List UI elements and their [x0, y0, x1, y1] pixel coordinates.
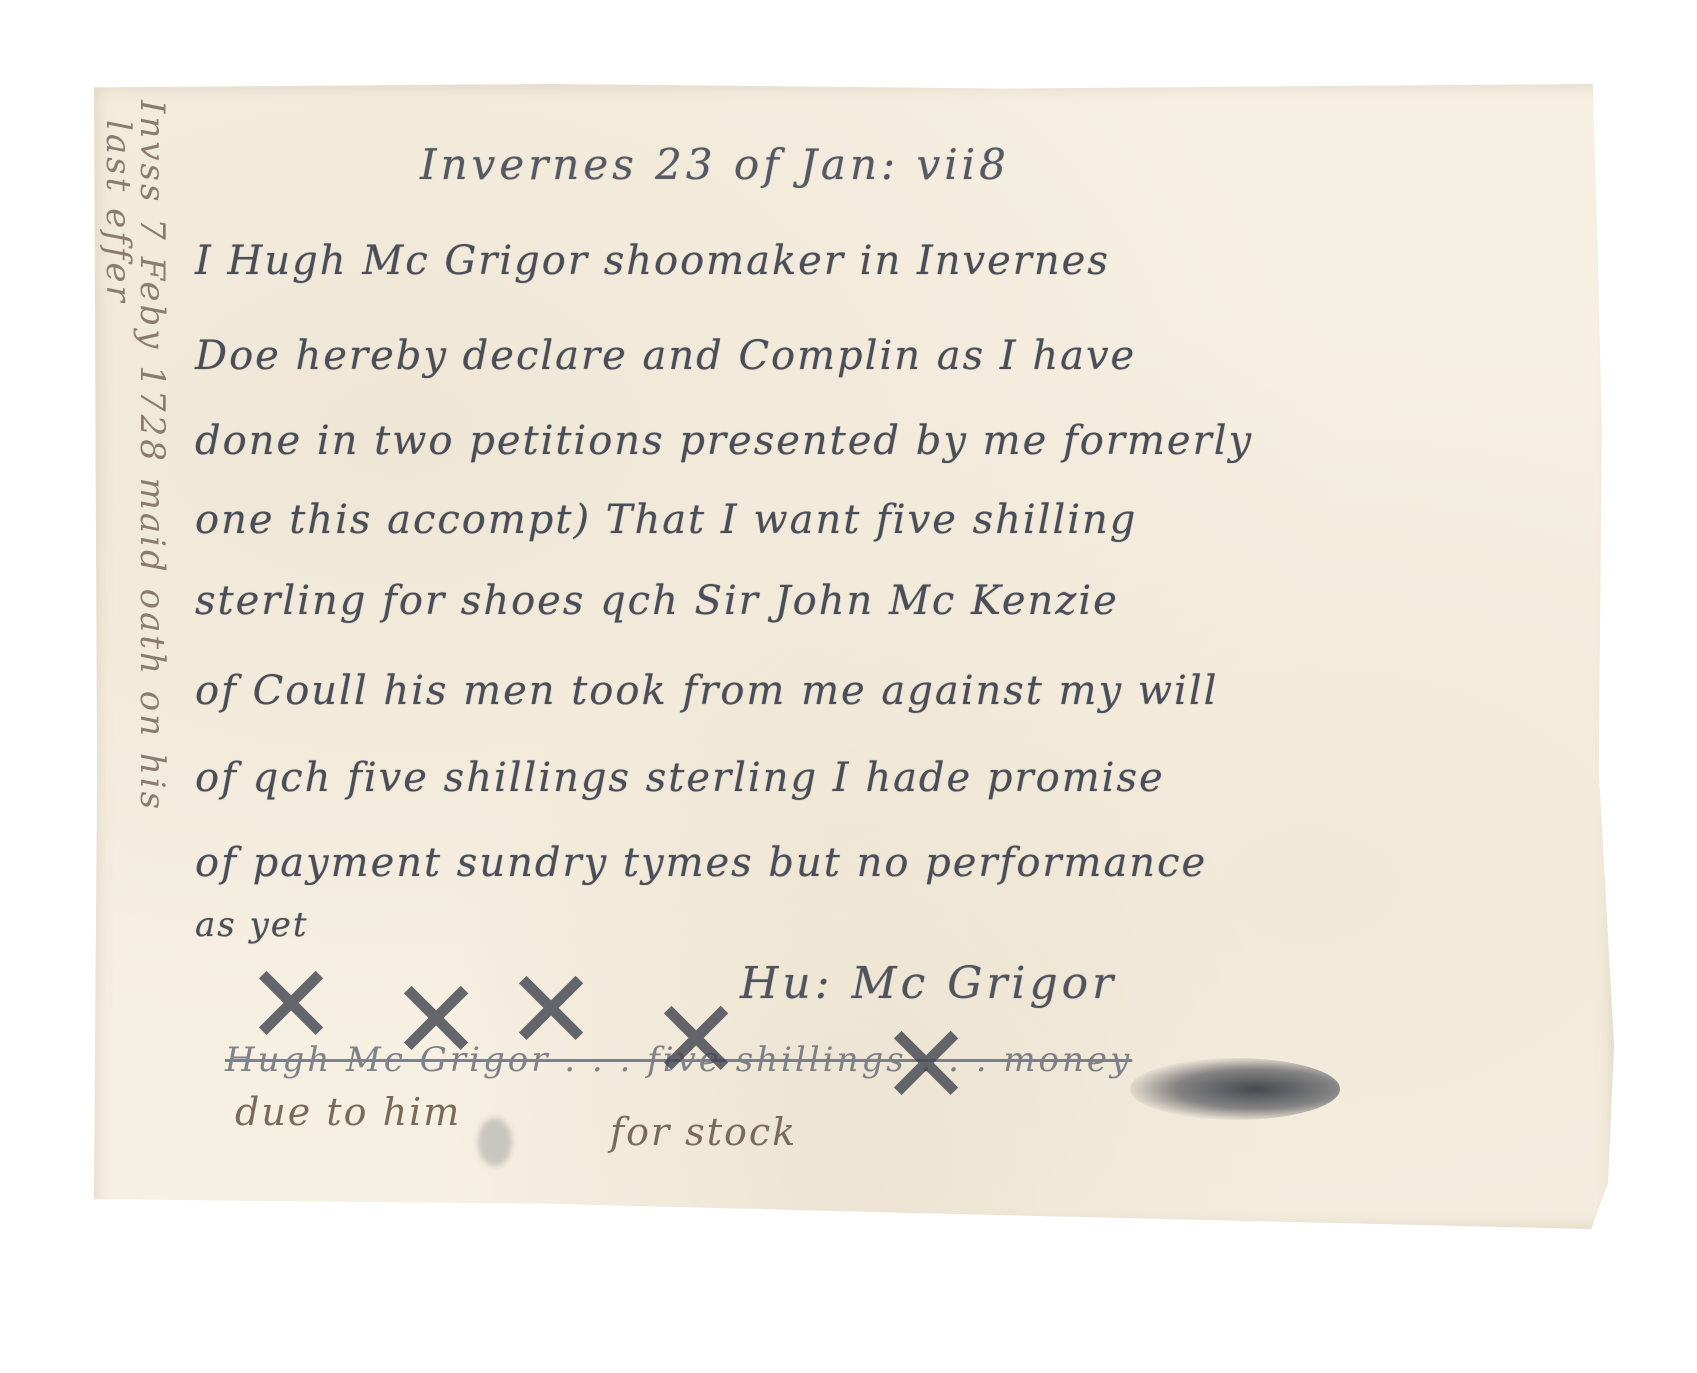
cross-mark-icon: ✕	[390, 965, 482, 1075]
body-line-5: sterling for shoes qch Sir John Mc Kenzi…	[195, 578, 1119, 624]
body-line-6: of Coull his men took from me against my…	[195, 668, 1218, 714]
margin-note-line-2: last effer	[98, 120, 138, 305]
body-line-8: of payment sundry tymes but no performan…	[195, 840, 1207, 886]
ink-stain	[478, 1118, 512, 1166]
body-line-4: one this accompt) That I want five shill…	[195, 497, 1137, 543]
body-line-7: of qch five shillings sterling I hade pr…	[195, 755, 1165, 801]
document-heading-date: Invernes 23 of Jan: vii8	[420, 140, 1010, 189]
bottom-note-due: due to him	[235, 1090, 461, 1134]
cross-mark-icon: ✕	[880, 1010, 972, 1120]
body-line-3: done in two petitions presented by me fo…	[195, 418, 1253, 464]
body-line-2: Doe hereby declare and Complin as I have	[195, 333, 1136, 379]
cross-mark-icon: ✕	[245, 950, 337, 1060]
cross-mark-icon: ✕	[505, 955, 597, 1065]
body-line-1: I Hugh Mc Grigor shoomaker in Invernes	[195, 238, 1110, 284]
cross-mark-icon: ✕	[650, 985, 742, 1095]
ink-scribble-blot	[1130, 1058, 1340, 1120]
margin-note-line-1: Invss 7 Feby 1728 maid oath on his	[132, 100, 172, 812]
bottom-note-stock: for stock	[610, 1110, 797, 1154]
body-line-9: as yet	[195, 905, 309, 945]
